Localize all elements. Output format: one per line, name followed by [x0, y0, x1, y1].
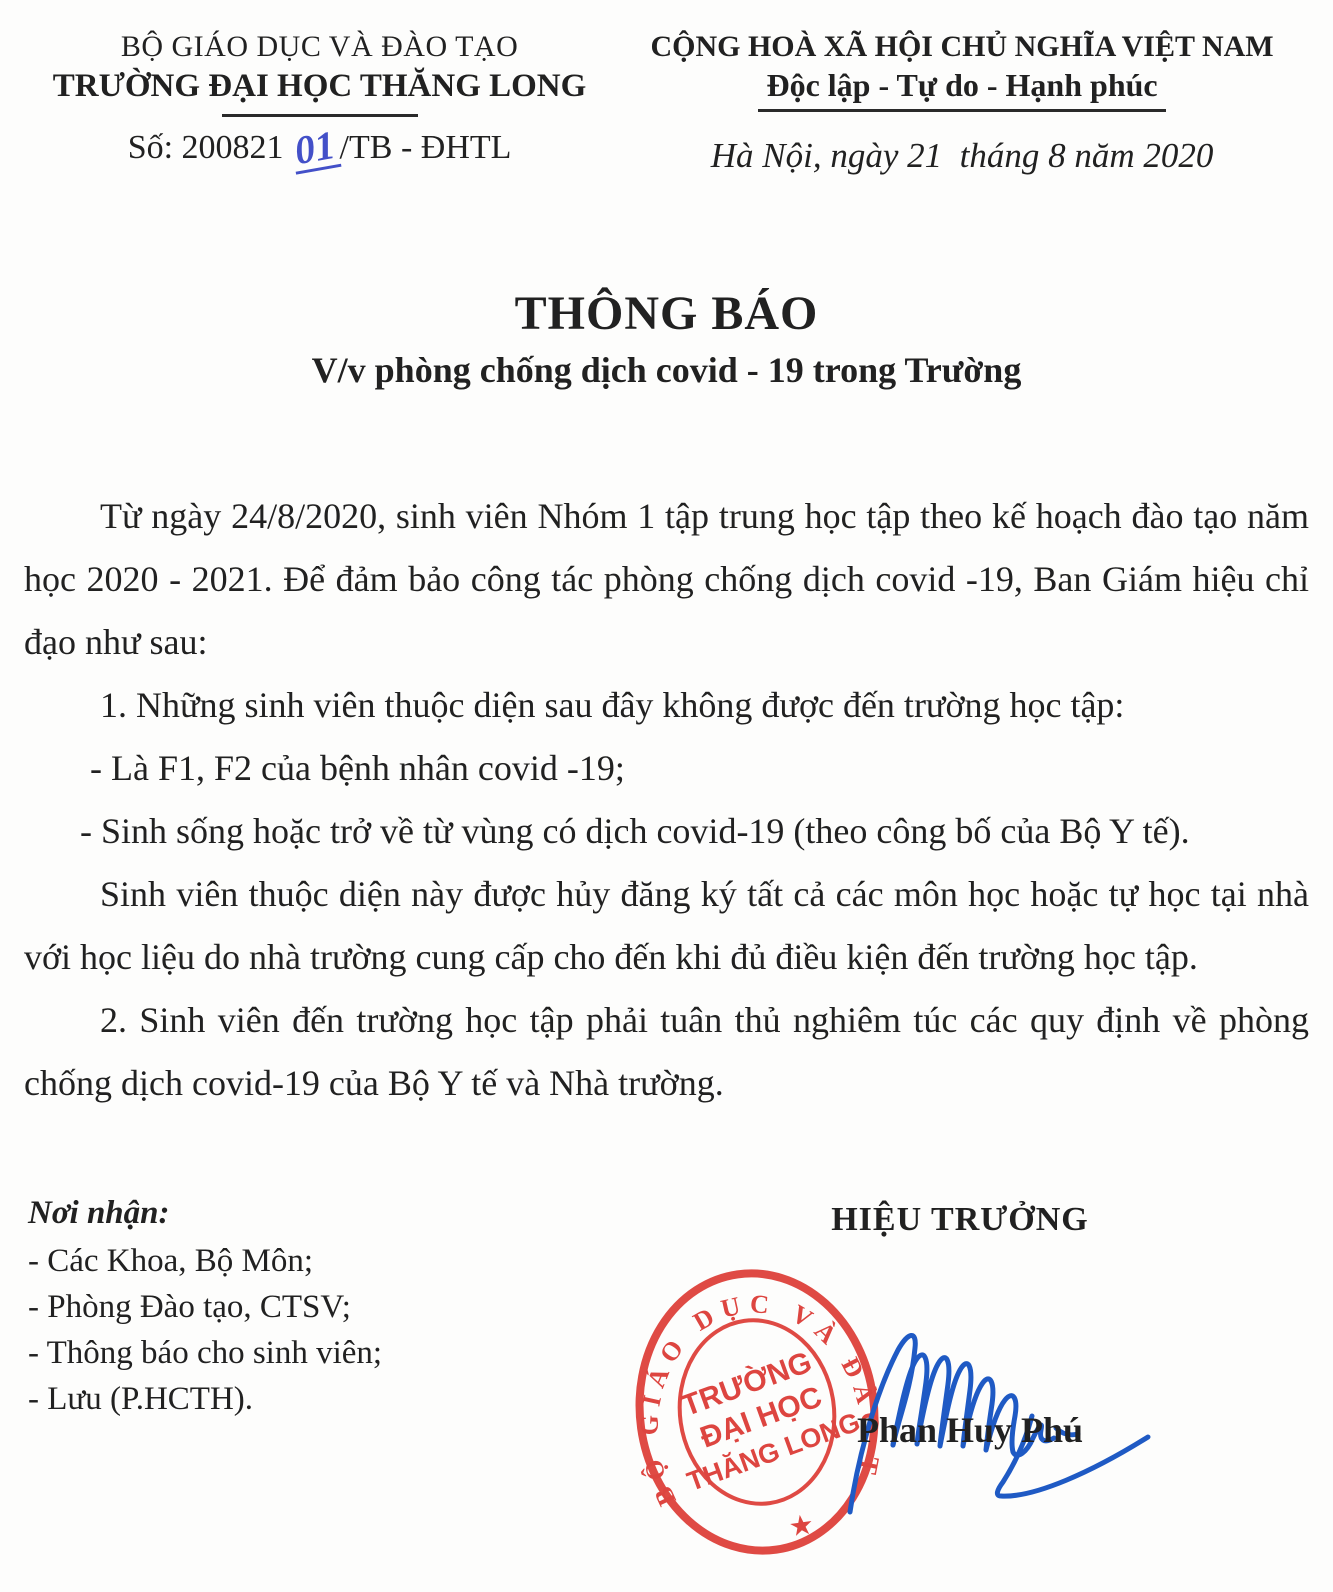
notice-title: THÔNG BÁO [24, 286, 1309, 341]
signatory-name: Phan Huy Phú [740, 1409, 1200, 1451]
recipient-item: - Thông báo cho sinh viên; [28, 1330, 382, 1376]
document-header: BỘ GIÁO DỤC VÀ ĐÀO TẠO TRƯỜNG ĐẠI HỌC TH… [24, 30, 1309, 176]
header-right-column: CỘNG HOÀ XÃ HỘI CHỦ NGHĨA VIỆT NAM Độc l… [615, 30, 1309, 176]
national-title: CỘNG HOÀ XÃ HỘI CHỦ NGHĨA VIỆT NAM [615, 30, 1309, 64]
paragraph-rule-1: 1. Những sinh viên thuộc diện sau đây kh… [24, 674, 1309, 737]
document-page: BỘ GIÁO DỤC VÀ ĐÀO TẠO TRƯỜNG ĐẠI HỌC TH… [0, 0, 1333, 1592]
signatory-role: HIỆU TRƯỞNG [740, 1201, 1180, 1239]
paragraph-self-study: Sinh viên thuộc diện này được hủy đăng k… [24, 863, 1309, 989]
paragraph-intro: Từ ngày 24/8/2020, sinh viên Nhóm 1 tập … [24, 485, 1309, 674]
recipient-item: - Các Khoa, Bộ Môn; [28, 1238, 382, 1284]
document-number-prefix: Số: 200821 [128, 129, 284, 166]
paragraph-rule-2: 2. Sinh viên đến trường học tập phải tuâ… [24, 989, 1309, 1115]
notice-subtitle: V/v phòng chống dịch covid - 19 trong Tr… [24, 349, 1309, 391]
recipients-block: Nơi nhận: - Các Khoa, Bộ Môn; - Phòng Đà… [28, 1195, 382, 1422]
header-left-column: BỘ GIÁO DỤC VÀ ĐÀO TẠO TRƯỜNG ĐẠI HỌC TH… [24, 30, 615, 176]
university-name: TRƯỜNG ĐẠI HỌC THĂNG LONG [24, 68, 615, 105]
place-date-line: Hà Nội, ngày 21 tháng 8 năm 2020 [615, 136, 1309, 176]
paragraph-bullet-f1: - Là F1, F2 của bệnh nhân covid -19; [24, 737, 1309, 800]
recipients-label: Nơi nhận: [28, 1195, 382, 1232]
national-motto: Độc lập - Tự do - Hạnh phúc [758, 67, 1165, 112]
recipient-item: - Lưu (P.HCTH). [28, 1376, 382, 1422]
paragraph-bullet-region: - Sinh sống hoặc trở về từ vùng có dịch … [24, 800, 1309, 863]
notice-body: Từ ngày 24/8/2020, sinh viên Nhóm 1 tập … [24, 485, 1309, 1115]
recipient-item: - Phòng Đào tạo, CTSV; [28, 1284, 382, 1330]
title-block: THÔNG BÁO V/v phòng chống dịch covid - 1… [24, 286, 1309, 391]
star-icon: ★ [787, 1509, 816, 1543]
ministry-name: BỘ GIÁO DỤC VÀ ĐÀO TẠO [24, 30, 615, 64]
divider-rule [222, 114, 418, 117]
document-number-suffix: /TB - ĐHTL [340, 129, 512, 166]
document-number: Số: 20082101/TB - ĐHTL [24, 129, 615, 168]
handwritten-number: 01 [289, 129, 341, 174]
